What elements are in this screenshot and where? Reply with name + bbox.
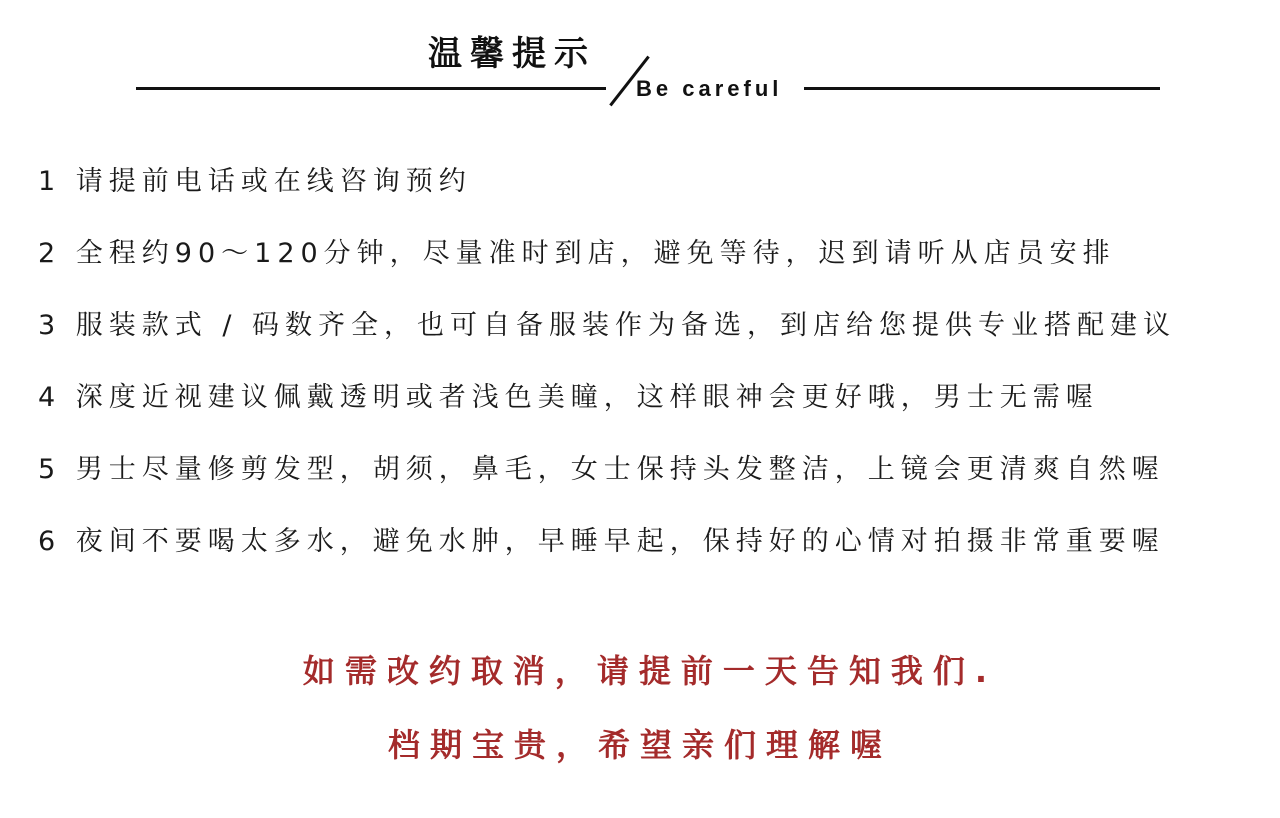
tip-number: 6 <box>38 526 61 557</box>
page-subtitle: Be careful <box>636 74 782 104</box>
tip-text: 男士尽量修剪发型，胡须，鼻毛，女士保持头发整洁，上镜会更清爽自然喔 <box>76 454 1165 485</box>
schedule-notice: 档期宝贵，希望亲们理解喔 <box>0 722 1280 768</box>
tip-item-3: 3 服装款式 / 码数齐全，也可自备服装作为备选，到店给您提供专业搭配建议 <box>38 304 1268 376</box>
tip-number: 5 <box>38 454 61 485</box>
divider-left <box>136 87 606 90</box>
tip-number: 1 <box>38 166 61 197</box>
tip-text: 请提前电话或在线咨询预约 <box>76 166 472 197</box>
tip-item-2: 2 全程约90～120分钟，尽量准时到店，避免等待，迟到请听从店员安排 <box>38 232 1268 304</box>
tips-list: 1 请提前电话或在线咨询预约 2 全程约90～120分钟，尽量准时到店，避免等待… <box>38 160 1268 592</box>
tip-text: 全程约90～120分钟，尽量准时到店，避免等待，迟到请听从店员安排 <box>76 238 1116 269</box>
page-title: 温馨提示 <box>428 30 596 78</box>
tip-item-4: 4 深度近视建议佩戴透明或者浅色美瞳，这样眼神会更好哦，男士无需喔 <box>38 376 1268 448</box>
tip-number: 2 <box>38 238 61 269</box>
tip-item-1: 1 请提前电话或在线咨询预约 <box>38 160 1268 232</box>
header: 温馨提示 Be careful <box>0 0 1280 120</box>
tip-item-6: 6 夜间不要喝太多水，避免水肿，早睡早起，保持好的心情对拍摄非常重要喔 <box>38 520 1268 592</box>
tip-item-5: 5 男士尽量修剪发型，胡须，鼻毛，女士保持头发整洁，上镜会更清爽自然喔 <box>38 448 1268 520</box>
tip-number: 3 <box>38 310 61 341</box>
cancellation-notice: 如需改约取消，请提前一天告知我们. <box>0 648 1280 694</box>
tip-text: 服装款式 / 码数齐全，也可自备服装作为备选，到店给您提供专业搭配建议 <box>76 310 1176 341</box>
tip-number: 4 <box>38 382 61 413</box>
tip-text: 夜间不要喝太多水，避免水肿，早睡早起，保持好的心情对拍摄非常重要喔 <box>76 526 1165 557</box>
divider-right <box>804 87 1160 90</box>
tip-text: 深度近视建议佩戴透明或者浅色美瞳，这样眼神会更好哦，男士无需喔 <box>76 382 1099 413</box>
